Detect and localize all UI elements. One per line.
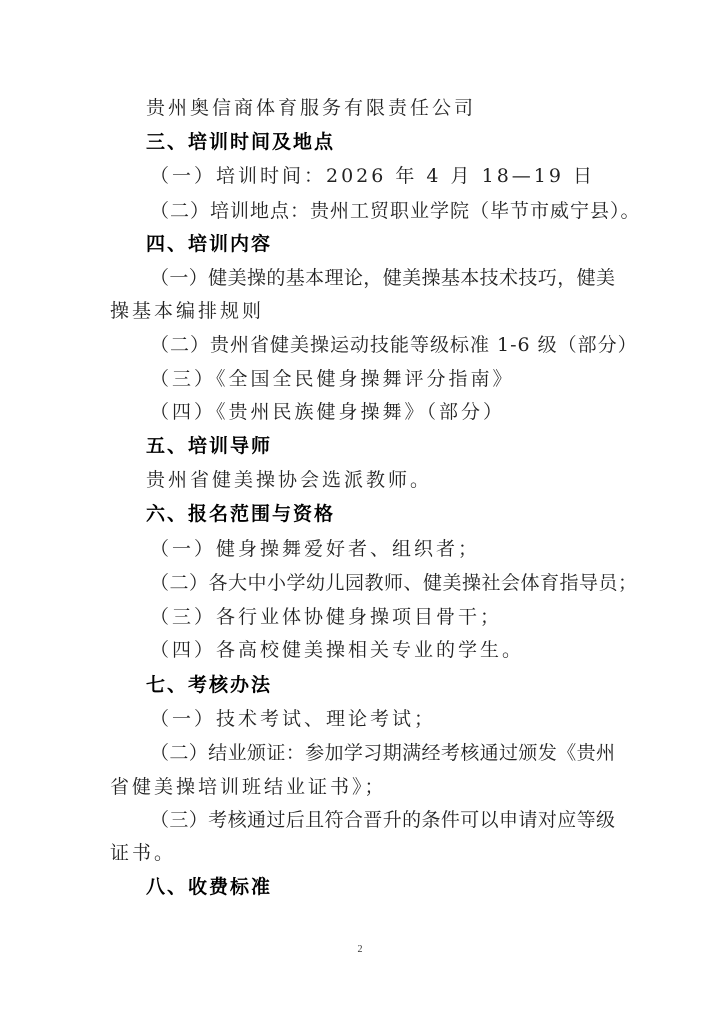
content-item-1: （一）健美操的基本理论，健美操基本技术技巧，健美 bbox=[150, 264, 615, 292]
document-page: 贵州奥信商体育服务有限责任公司 三、培训时间及地点 （一）培训时间：2026 年… bbox=[0, 0, 720, 1018]
training-time: （一）培训时间：2026 年 4 月 18—19 日 bbox=[150, 162, 615, 190]
training-location: （二）培训地点：贵州工贸职业学院（毕节市威宁县）。 bbox=[150, 197, 615, 225]
content-item-2: （二）贵州省健美操运动技能等级标准 1-6 级（部分） bbox=[150, 331, 615, 359]
eligibility-item-1: （一）健身操舞爱好者、组织者； bbox=[150, 535, 615, 563]
section-heading-6: 六、报名范围与资格 bbox=[146, 500, 651, 528]
body-text-organizer: 贵州奥信商体育服务有限责任公司 bbox=[146, 94, 611, 122]
eligibility-item-4: （四）各高校健美操相关专业的学生。 bbox=[150, 636, 615, 664]
content-item-4: （四）《贵州民族健身操舞》（部分） bbox=[150, 398, 615, 426]
section-heading-5: 五、培训导师 bbox=[146, 432, 651, 460]
assessment-item-1: （一）技术考试、理论考试； bbox=[150, 705, 615, 733]
section-heading-3: 三、培训时间及地点 bbox=[146, 128, 651, 156]
assessment-item-3-continued: 证书。 bbox=[110, 839, 615, 867]
section-heading-7: 七、考核办法 bbox=[146, 671, 651, 699]
instructor-text: 贵州省健美操协会选派教师。 bbox=[146, 466, 611, 494]
section-heading-8: 八、收费标准 bbox=[146, 873, 651, 901]
assessment-item-3: （三）考核通过后且符合晋升的条件可以申请对应等级 bbox=[150, 806, 615, 834]
section-heading-4: 四、培训内容 bbox=[146, 230, 651, 258]
page-number: 2 bbox=[340, 944, 380, 955]
assessment-item-2-continued: 省健美操培训班结业证书》； bbox=[110, 773, 615, 801]
assessment-item-2: （二）结业颁证：参加学习期满经考核通过颁发《贵州 bbox=[150, 739, 615, 767]
content-item-1-continued: 操基本编排规则 bbox=[110, 297, 615, 325]
eligibility-item-3: （三）各行业体协健身操项目骨干； bbox=[150, 603, 615, 631]
content-item-3: （三）《全国全民健身操舞评分指南》 bbox=[150, 365, 615, 393]
eligibility-item-2: （二）各大中小学幼儿园教师、健美操社会体育指导员； bbox=[150, 569, 615, 597]
